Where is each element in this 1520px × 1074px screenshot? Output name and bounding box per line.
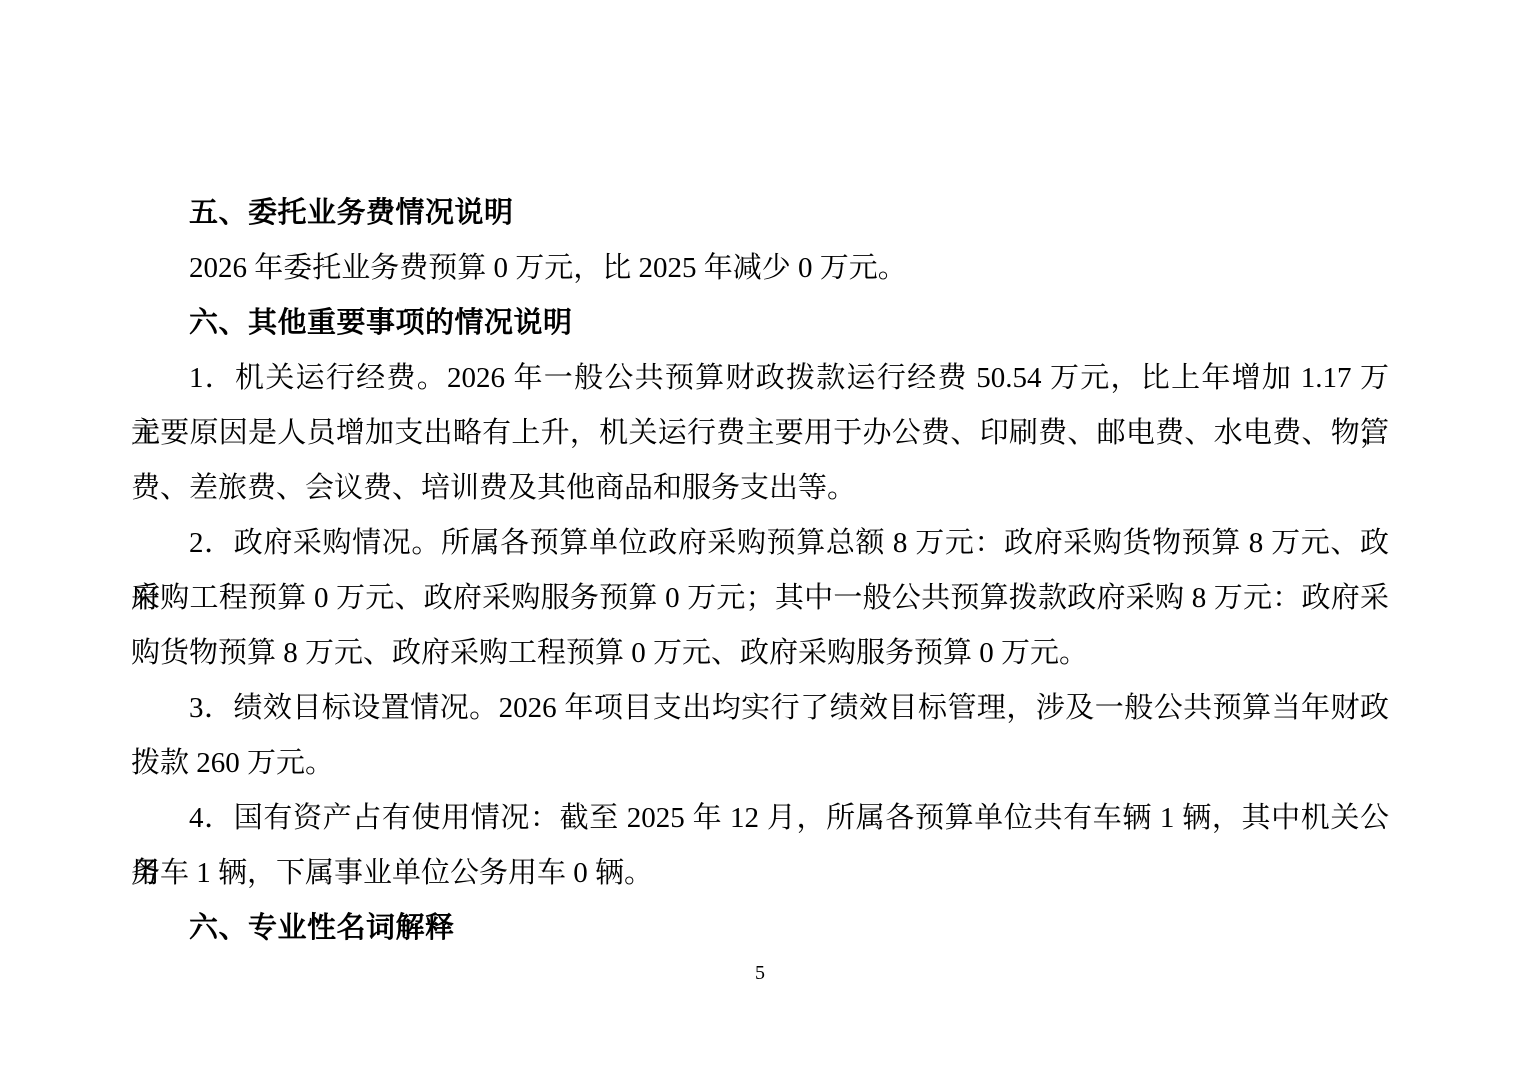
- paragraph-line: 拨款 260 万元。: [131, 736, 1389, 791]
- document-content: 五、委托业务费情况说明 2026 年委托业务费预算 0 万元，比 2025 年减…: [131, 186, 1389, 956]
- paragraph-line: 采购工程预算 0 万元、政府采购服务预算 0 万元；其中一般公共预算拨款政府采购…: [131, 571, 1389, 626]
- paragraph-line: 2026 年委托业务费预算 0 万元，比 2025 年减少 0 万元。: [131, 241, 1389, 296]
- page-number: 5: [0, 958, 1520, 988]
- paragraph-line: 费、差旅费、会议费、培训费及其他商品和服务支出等。: [131, 461, 1389, 516]
- paragraph-line: 1．机关运行经费。2026 年一般公共预算财政拨款运行经费 50.54 万元，比…: [131, 351, 1389, 406]
- paragraph-line: 购货物预算 8 万元、政府采购工程预算 0 万元、政府采购服务预算 0 万元。: [131, 626, 1389, 681]
- heading-other-important-matters: 六、其他重要事项的情况说明: [131, 296, 1389, 351]
- paragraph-line: 用车 1 辆，下属事业单位公务用车 0 辆。: [131, 846, 1389, 901]
- paragraph-line: 3．绩效目标设置情况。2026 年项目支出均实行了绩效目标管理，涉及一般公共预算…: [131, 681, 1389, 736]
- paragraph-line: 4．国有资产占有使用情况：截至 2025 年 12 月，所属各预算单位共有车辆 …: [131, 791, 1389, 846]
- heading-entrusted-business-fees: 五、委托业务费情况说明: [131, 186, 1389, 241]
- paragraph-line: 主要原因是人员增加支出略有上升，机关运行费主要用于办公费、印刷费、邮电费、水电费…: [131, 406, 1389, 461]
- paragraph-line: 2．政府采购情况。所属各预算单位政府采购预算总额 8 万元：政府采购货物预算 8…: [131, 516, 1389, 571]
- document-page: 五、委托业务费情况说明 2026 年委托业务费预算 0 万元，比 2025 年减…: [0, 0, 1520, 1074]
- heading-terminology-explanation: 六、专业性名词解释: [131, 901, 1389, 956]
